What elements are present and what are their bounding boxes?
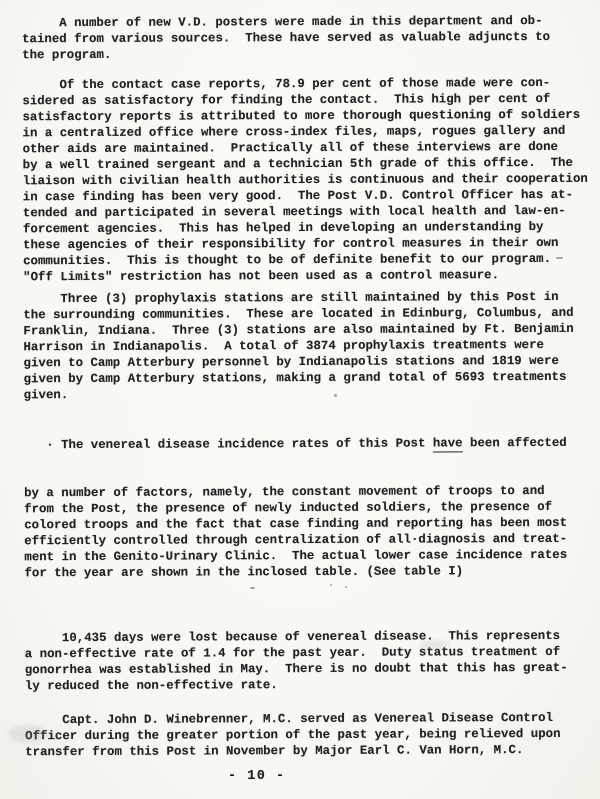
- scanned-document-page: A number of new V.D. posters were made i…: [0, 0, 600, 799]
- noise-speck: [330, 584, 332, 586]
- paragraph-4-line1-before: · The venereal disease incidence rates o…: [24, 436, 433, 452]
- paragraph-3: Three (3) prophylaxis stations are still…: [23, 289, 595, 403]
- paragraph-6: Capt. John D. Winebrenner, M.C. served a…: [25, 710, 597, 760]
- noise-speck: [556, 257, 563, 259]
- page-number: - 10 -: [228, 769, 286, 785]
- noise-speck: [250, 587, 255, 589]
- paragraph-4-line1-after: been affected: [463, 436, 567, 450]
- paragraph-4-rest: by a number of factors, namely, the cons…: [24, 483, 596, 581]
- document-content: A number of new V.D. posters were made i…: [22, 13, 597, 760]
- noise-speck: [345, 586, 347, 588]
- noise-speck: [334, 394, 337, 397]
- paragraph-5: 10,435 days were lost because of venerea…: [25, 628, 597, 694]
- paragraph-4-first-line: · The venereal disease incidence rates o…: [24, 435, 596, 453]
- paragraph-1: A number of new V.D. posters were made i…: [22, 13, 594, 63]
- underlined-word-have: have: [433, 436, 463, 452]
- paragraph-4: · The venereal disease incidence rates o…: [24, 403, 597, 613]
- paragraph-2: Of the contact case reports, 78.9 per ce…: [22, 75, 595, 285]
- scan-smudge: [420, 640, 450, 650]
- scan-smudge: [8, 725, 48, 743]
